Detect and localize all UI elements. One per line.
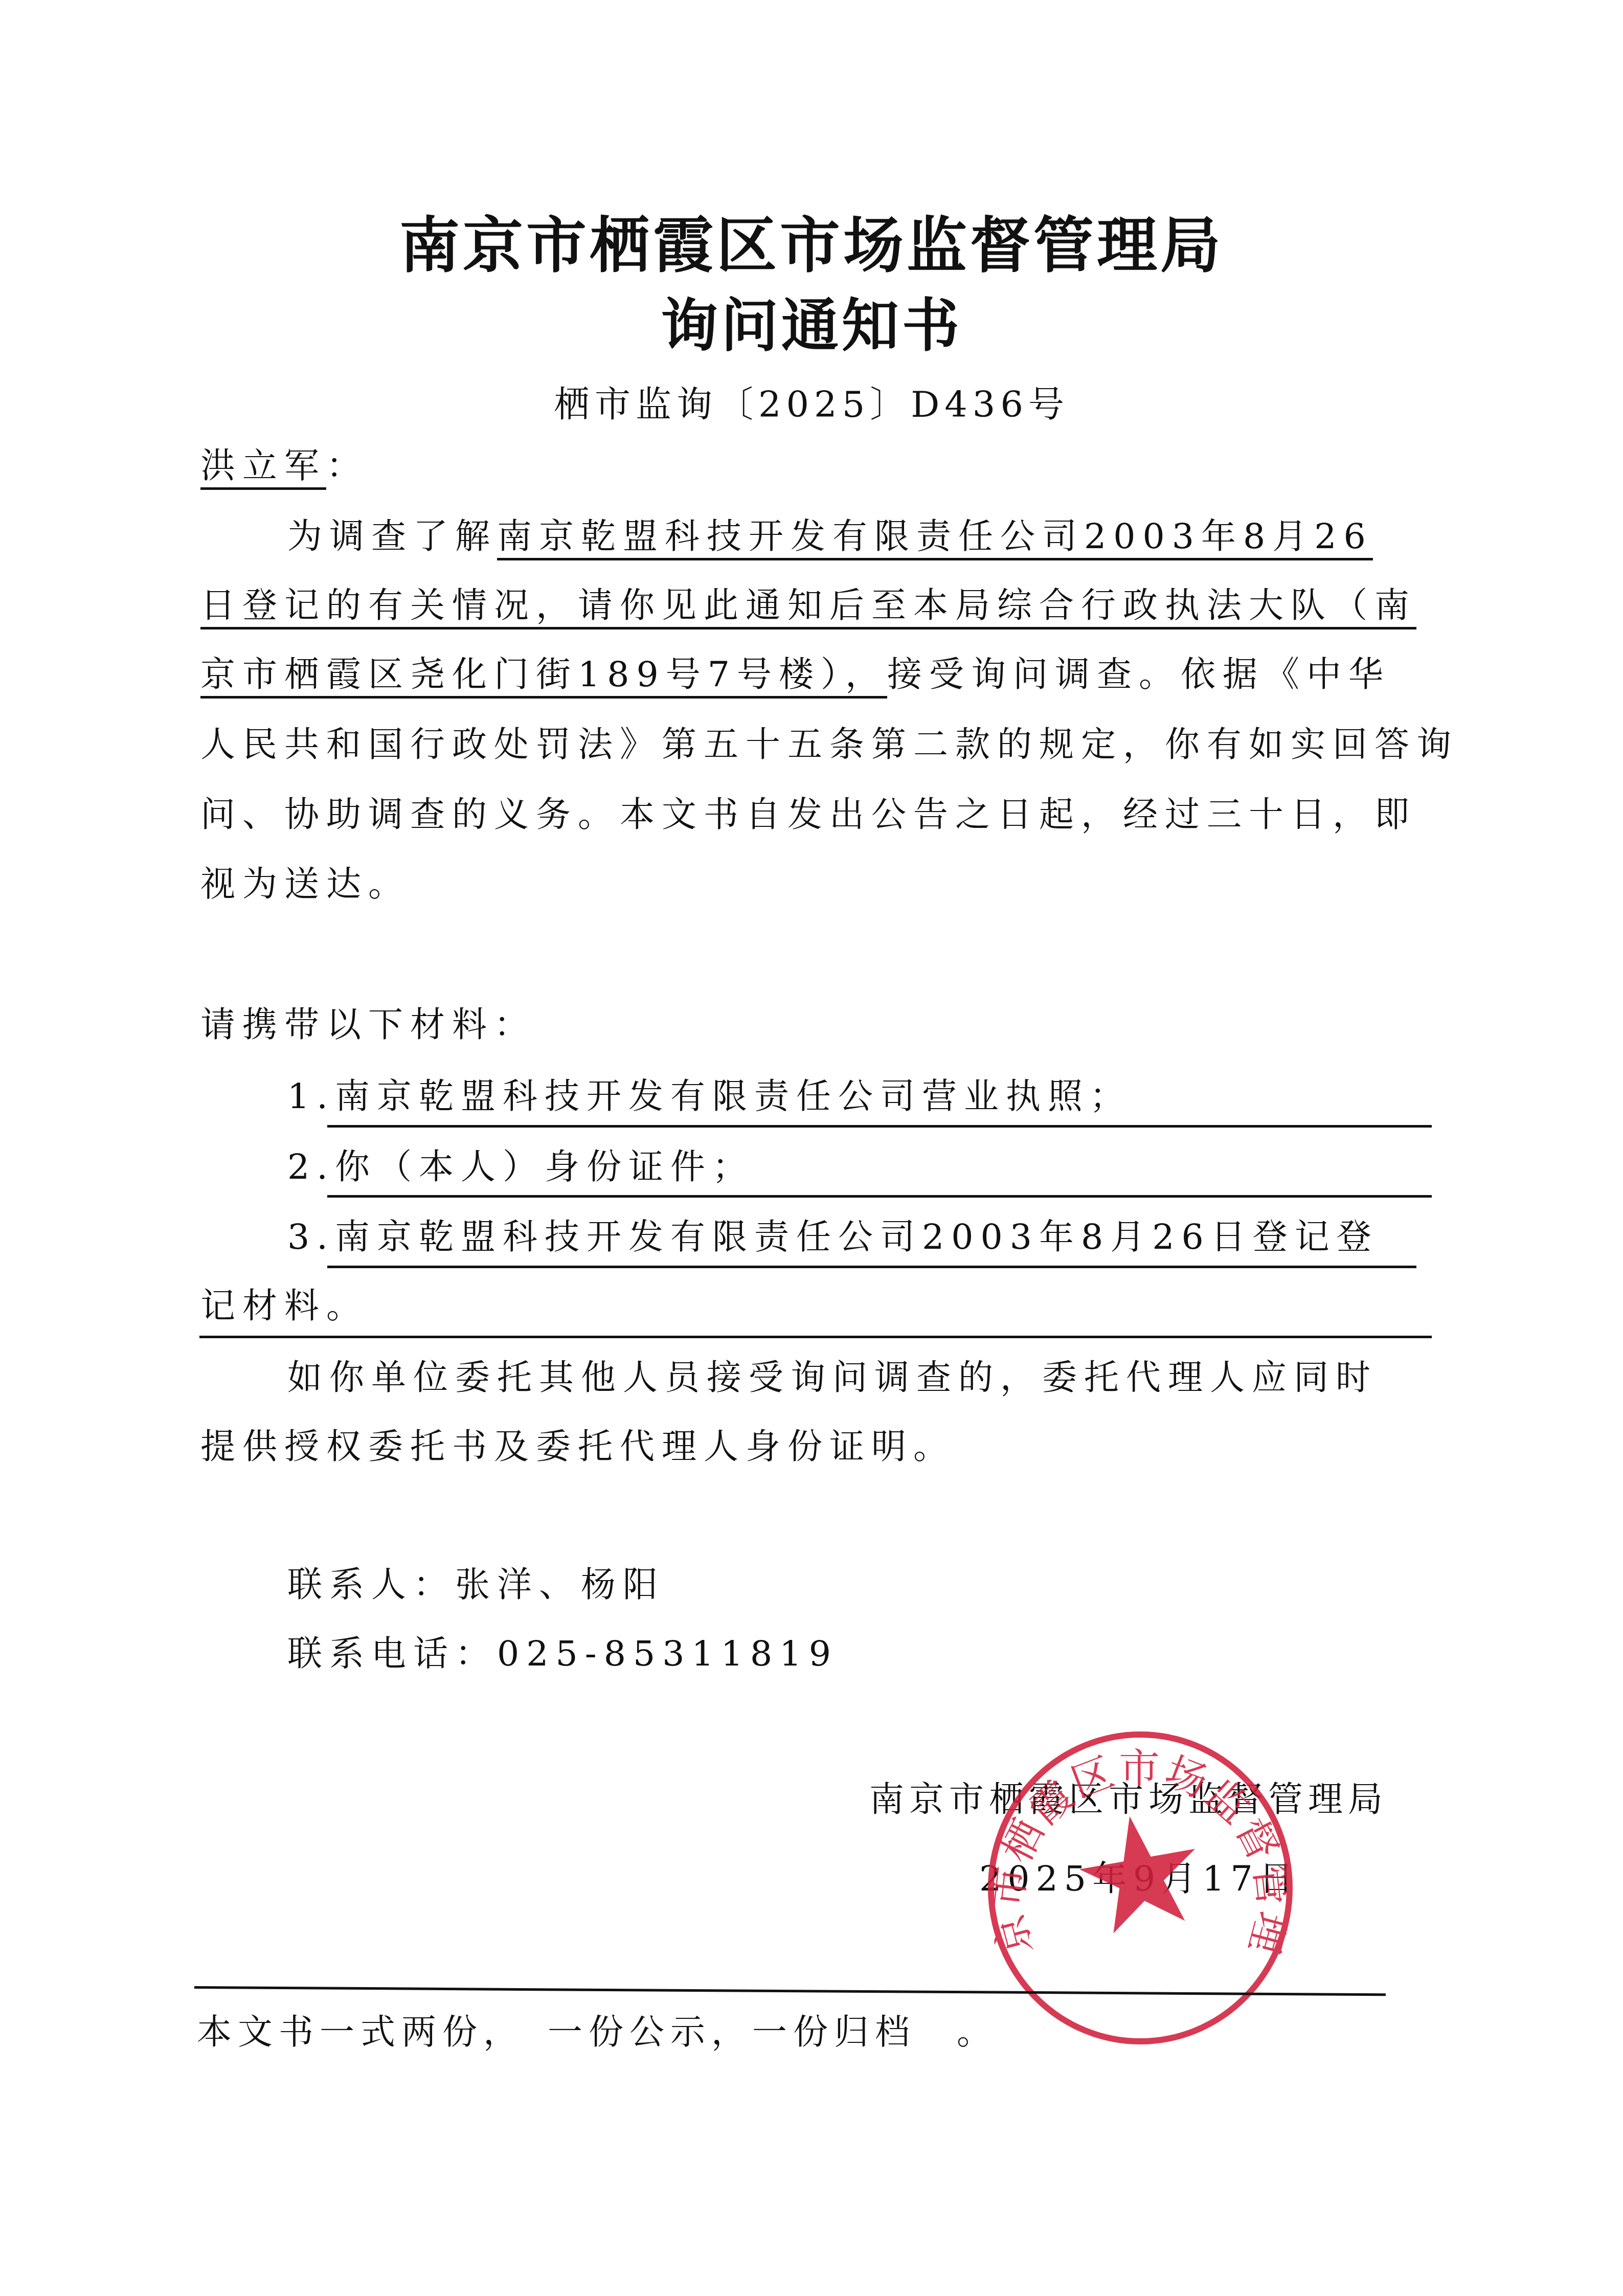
body-line-6: 视为送达。	[200, 864, 410, 905]
material-item-number: 3.	[287, 1217, 335, 1257]
body-line-2: 日登记的有关情况，请你见此通知后至本局综合行政执法大队（南	[200, 586, 1416, 626]
material-item-3-continuation: 记材料。	[200, 1286, 368, 1327]
document-number: 栖市监询〔2025〕D436号	[0, 376, 1623, 427]
body-line-1: 为调查了解南京乾盟科技开发有限责任公司2003年8月26	[287, 516, 1373, 557]
issuing-authority-title: 南京市栖霞区市场监督管理局	[0, 197, 1623, 284]
material-item-1-underline	[327, 1125, 1432, 1128]
body-line-3-rest: 接受询问调查。依据《中华	[887, 655, 1390, 695]
addressee-colon: ：	[326, 446, 368, 486]
contact-persons-value: 张洋、杨阳	[455, 1565, 665, 1605]
material-item-2-underline	[327, 1195, 1432, 1198]
contact-persons: 联系人：张洋、杨阳	[287, 1565, 665, 1606]
office-address: 京市栖霞区尧化门街189号7号楼），	[200, 655, 887, 699]
issue-date: 2025年9月17日	[979, 1859, 1300, 1900]
body-line-4: 人民共和国行政处罚法》第五十五条第二款的规定，你有如实回答询	[200, 725, 1458, 766]
registration-and-location-reference: 日登记的有关情况，请你见此通知后至本局综合行政执法大队（南	[200, 586, 1416, 629]
body-line-5: 问、协助调查的义务。本文书自发出公告之日起，经过三十日，即	[200, 795, 1416, 836]
material-item-2: 2.你（本人）身份证件；	[287, 1147, 754, 1188]
contact-phone-label: 联系电话：	[287, 1634, 497, 1674]
material-item-text: 你（本人）身份证件；	[335, 1147, 754, 1187]
subject-company-reference: 南京乾盟科技开发有限责任公司2003年8月26	[497, 516, 1373, 560]
material-item-3: 3.南京乾盟科技开发有限责任公司2003年8月26日登记登	[287, 1217, 1379, 1258]
addressee-name: 洪立军	[200, 446, 326, 490]
document-title: 询问通知书	[0, 280, 1623, 363]
material-item-number: 1.	[287, 1076, 335, 1117]
footer-divider	[194, 1986, 1386, 1996]
delegation-line-1: 如你单位委托其他人员接受询问调查的，委托代理人应同时	[287, 1358, 1378, 1399]
svg-text:南京市栖霞区市场监督管理局: 南京市栖霞区市场监督管理局	[984, 1728, 1296, 1961]
contact-phone-value[interactable]: 025-85311819	[497, 1634, 838, 1674]
body-line-3: 京市栖霞区尧化门街189号7号楼），接受询问调查。依据《中华	[200, 655, 1390, 695]
materials-header: 请携带以下材料：	[200, 1005, 536, 1046]
document-page: 南京市栖霞区市场监督管理局 询问通知书 栖市监询〔2025〕D436号 洪立军：…	[0, 0, 1623, 2296]
contact-persons-label: 联系人：	[287, 1565, 455, 1605]
delegation-line-2: 提供授权委托书及委托代理人身份证明。	[200, 1427, 955, 1468]
material-item-1: 1.南京乾盟科技开发有限责任公司营业执照；	[287, 1076, 1132, 1117]
footer-note: 本文书一式两份， 一份公示，一份归档 。	[197, 2012, 998, 2053]
material-item-3-continuation-underline	[199, 1336, 1432, 1338]
material-item-text: 南京乾盟科技开发有限责任公司2003年8月26日登记登	[335, 1217, 1379, 1257]
material-item-number: 2.	[287, 1147, 335, 1187]
body-line-1-prefix: 为调查了解	[287, 516, 497, 557]
issuer-signature: 南京市栖霞区市场监督管理局	[869, 1780, 1388, 1820]
addressee-line: 洪立军：	[200, 446, 368, 487]
material-item-3-underline	[327, 1266, 1416, 1268]
contact-phone: 联系电话：025-85311819	[287, 1634, 838, 1675]
material-item-text: 南京乾盟科技开发有限责任公司营业执照；	[335, 1076, 1132, 1117]
